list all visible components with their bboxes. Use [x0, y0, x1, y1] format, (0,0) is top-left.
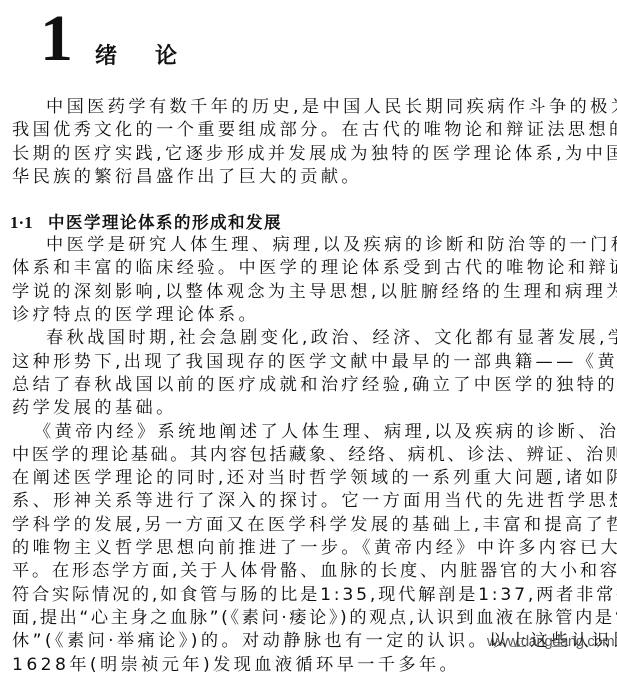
text-line: 系、形神关系等进行了深入的探讨。它一方面用当代的先进哲学思想为指导,从而推动了医	[12, 490, 606, 513]
chapter-number: 1	[40, 6, 73, 72]
text-line: 《黄帝内经》系统地阐述了人体生理、病理,以及疾病的诊断、治疗和预防等问题,奠定了	[12, 421, 606, 444]
intro-paragraph: 中国医药学有数千年的历史,是中国人民长期同疾病作斗争的极为丰富的经验总结,是 我…	[12, 96, 606, 189]
section-number: 1·1	[10, 211, 48, 234]
text-line: 华民族的繁衍昌盛作出了巨大的贡献。	[12, 166, 606, 189]
text-line: 1628年(明崇祯元年)发现血液循环早一千多年。	[12, 654, 606, 675]
text-line: 诊疗特点的医学理论体系。	[12, 304, 606, 327]
text-line: 中国医药学有数千年的历史,是中国人民长期同疾病作斗争的极为丰富的经验总结,是	[12, 96, 606, 119]
chapter-title: 绪论	[95, 44, 177, 70]
text-line: 休”(《素问·举痛论》)的。对动静脉也有一定的认识。以上这些认识比英国哈维在公元	[12, 630, 606, 653]
text-line: 在阐述医学理论的同时,还对当时哲学领域的一系列重大问题,诸如阴阳、五行、气、天人…	[12, 467, 606, 490]
body-paragraph: 《黄帝内经》系统地阐述了人体生理、病理,以及疾病的诊断、治疗和预防等问题,奠定了…	[12, 421, 606, 675]
chapter-title-char: 绪	[95, 44, 117, 70]
text-line: 药学发展的基础。	[12, 397, 606, 420]
text-line: 符合实际情况的,如食管与肠的比是1:35,现代解剖是1:37,两者非常接近。在血…	[12, 584, 606, 607]
text-line: 体系和丰富的临床经验。中医学的理论体系受到古代的唯物论和辩证法思想——阴阳五行	[12, 257, 606, 280]
text-line: 平。在形态学方面,关于人体骨骼、血脉的长度、内脏器官的大小和容量等的记载,基本上…	[12, 560, 606, 583]
text-line: 的唯物主义哲学思想向前推进了一步。《黄帝内经》中许多内容已大大超越了当时的世界水	[12, 537, 606, 560]
section-title: 中医学理论体系的形成和发展	[48, 213, 282, 232]
text-line: 这种形势下,出现了我国现存的医学文献中最早的一部典籍——《黄帝内经》。《黄帝内经…	[12, 351, 606, 374]
body-paragraph: 春秋战国时期,社会急剧变化,政治、经济、文化都有显著发展,学术思想也日趋活跃。在…	[12, 327, 606, 420]
body-paragraph: 中医学是研究人体生理、病理,以及疾病的诊断和防治等的一门科学,它有独特的理论 体…	[12, 234, 606, 327]
chapter-title-char: 论	[155, 44, 177, 70]
text-line: 学科学的发展,另一方面又在医学科学发展的基础上,丰富和提高了哲学理论,把先秦以来	[12, 514, 606, 537]
text-line: 我国优秀文化的一个重要组成部分。在古代的唯物论和辩证法思想的影响和指导下,通过	[12, 119, 606, 142]
text-line: 面,提出“心主身之血脉”(《素问·痿论》)的观点,认识到血液在脉管内是“流行不止…	[12, 607, 606, 630]
text-line: 中医学是研究人体生理、病理,以及疾病的诊断和防治等的一门科学,它有独特的理论	[12, 234, 606, 257]
text-line: 长期的医疗实践,它逐步形成并发展成为独特的医学理论体系,为中国人民的保健事业和中	[12, 143, 606, 166]
page-body: 中国医药学有数千年的历史,是中国人民长期同疾病作斗争的极为丰富的经验总结,是 我…	[12, 96, 606, 675]
section-heading: 1·1中医学理论体系的形成和发展	[10, 211, 606, 234]
text-line: 春秋战国时期,社会急剧变化,政治、经济、文化都有显著发展,学术思想也日趋活跃。在	[12, 327, 606, 350]
text-line: 中医学的理论基础。其内容包括藏象、经络、病机、诊法、辨证、治则及针灸和汤液治疗等…	[12, 444, 606, 467]
text-line: 学说的深刻影响,以整体观念为主导思想,以脏腑经络的生理和病理为基础,以辨证论治为	[12, 281, 606, 304]
text-line: 总结了春秋战国以前的医疗成就和治疗经验,确立了中医学的独特的理论体系,成为中国医	[12, 374, 606, 397]
